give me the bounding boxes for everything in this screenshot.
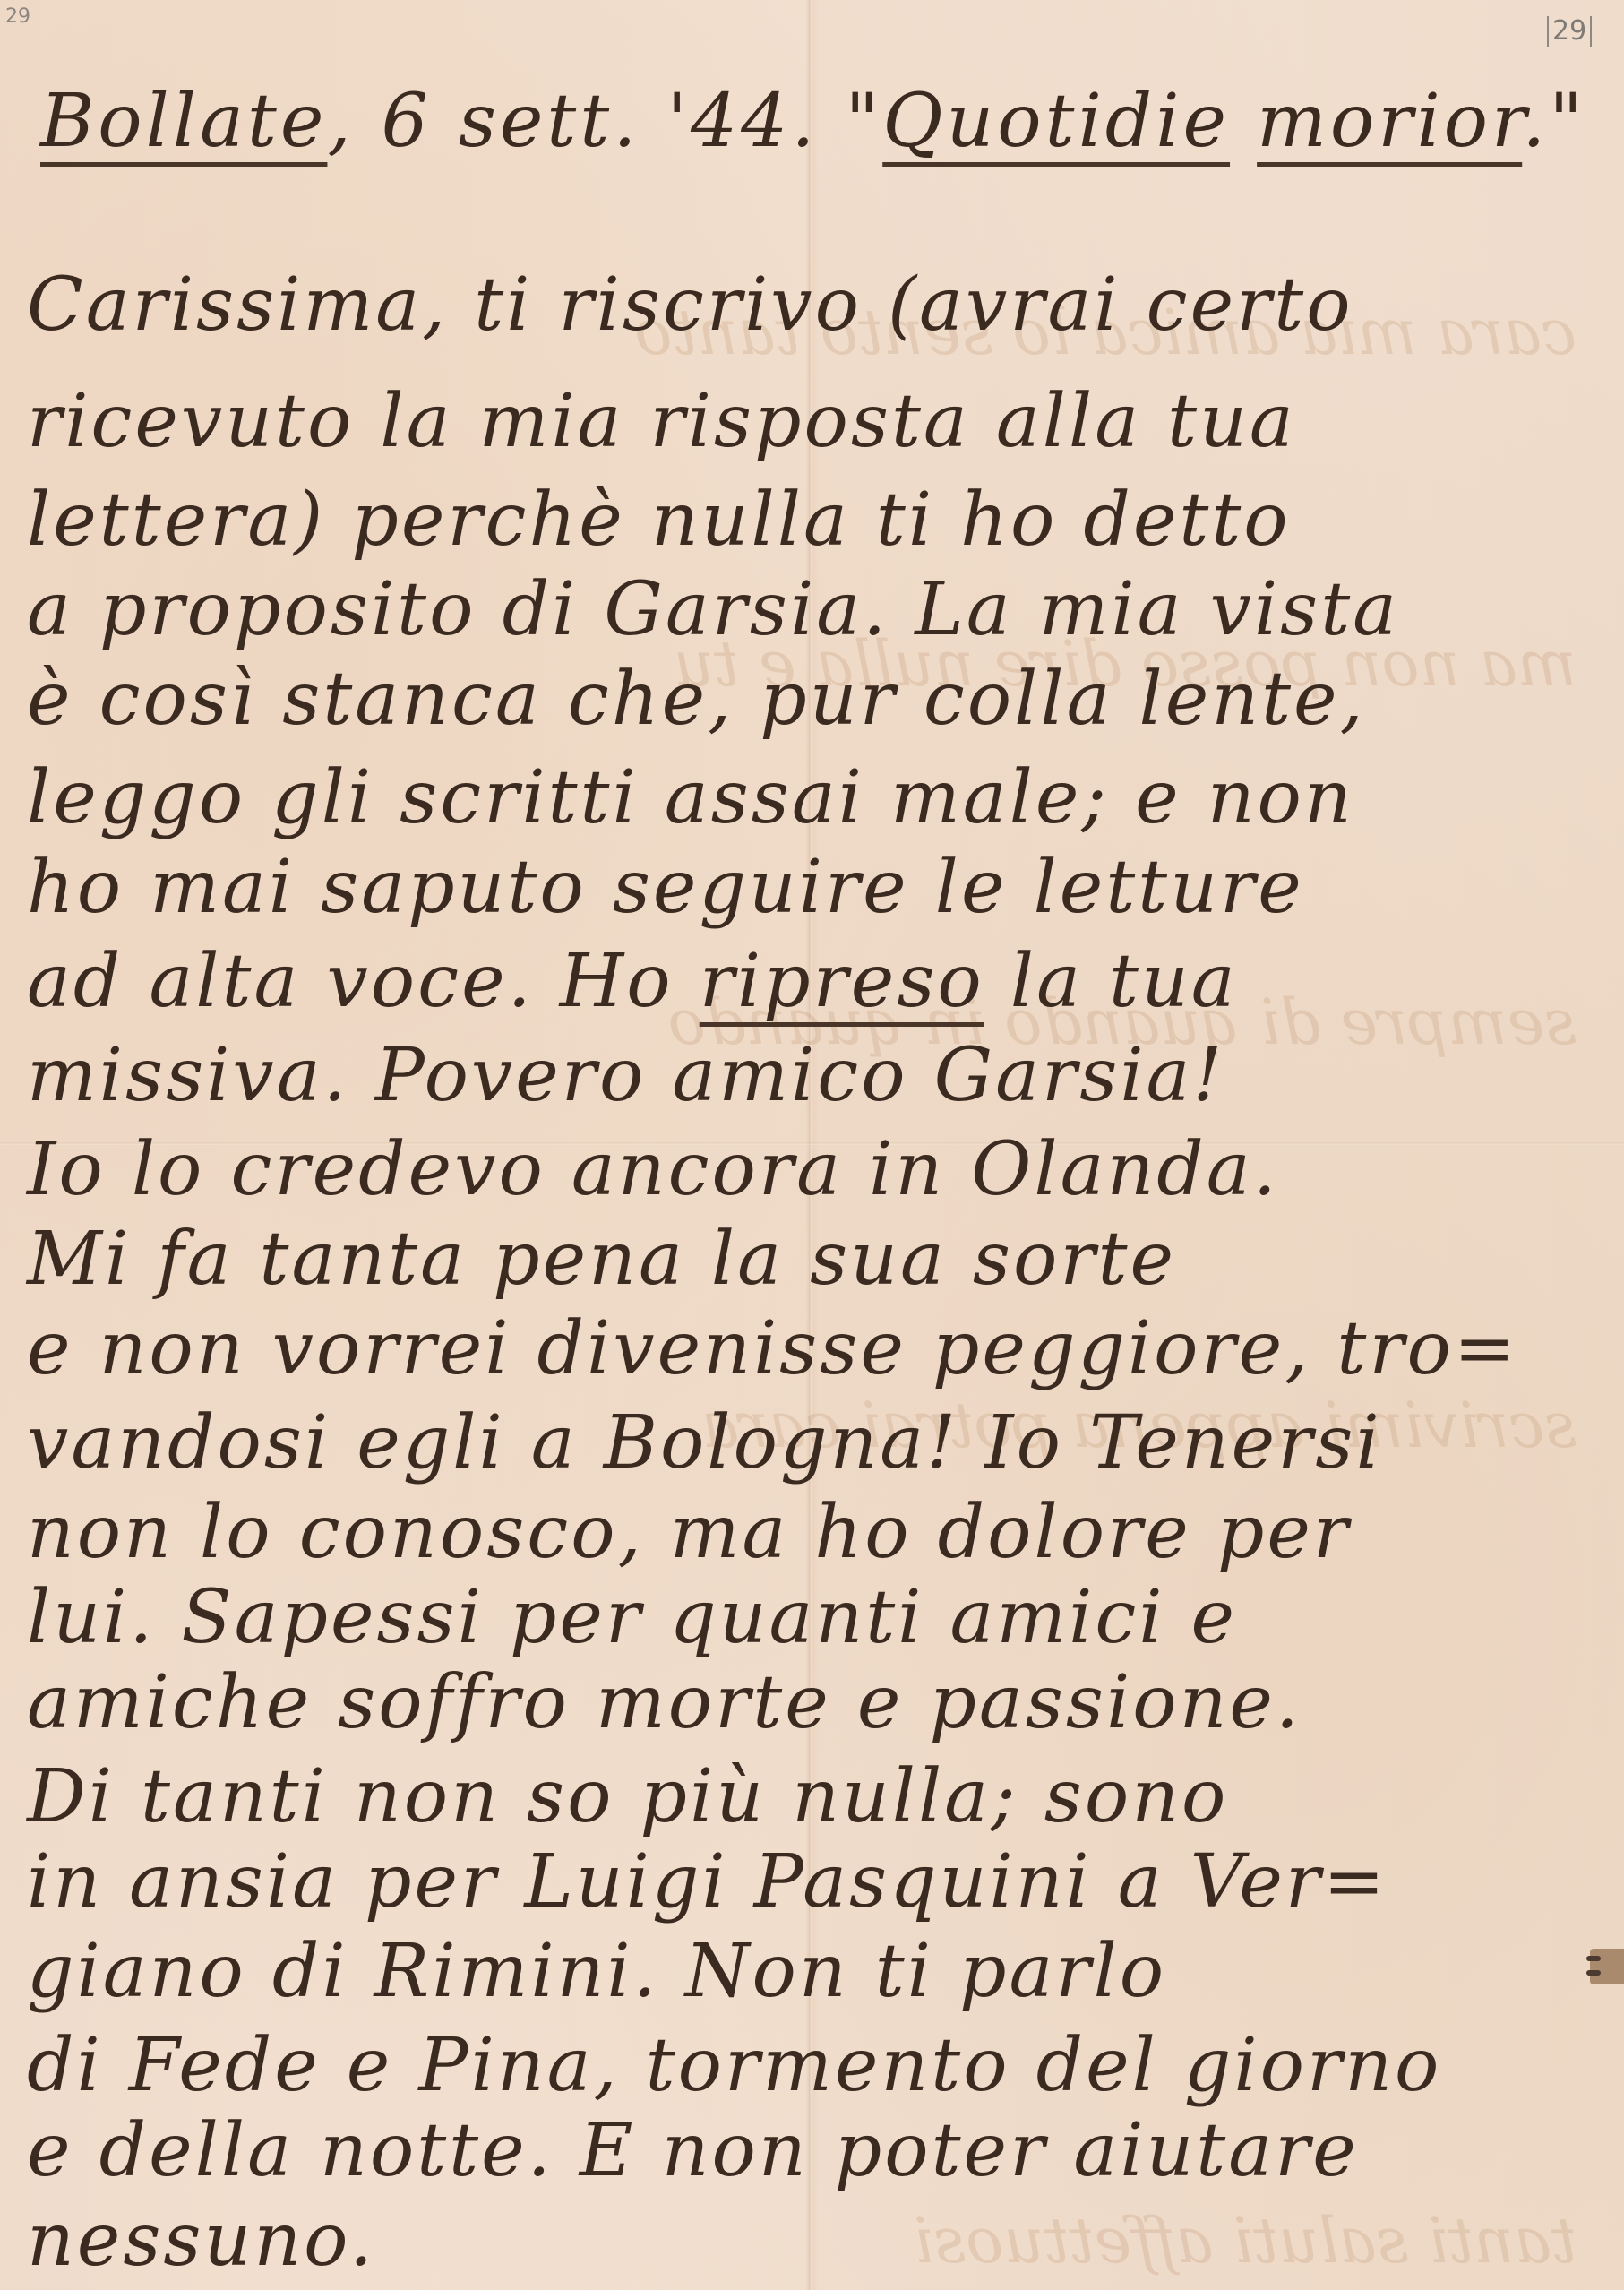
- heading-place: Bollate: [40, 79, 327, 164]
- letter-line: giano di Rimini. Non ti parlo: [27, 1935, 1603, 2009]
- letter-line: missiva. Povero amico Garsia!: [27, 1039, 1603, 1113]
- letter-line: Mi fa tanta pena la sua sorte: [27, 1223, 1603, 1296]
- letter-line: Di tanti non so più nulla; sono: [27, 1761, 1603, 1834]
- letter-line: è così stanca che, pur colla lente,: [27, 663, 1603, 736]
- letter-line: vandosi egli a Bologna! Io Tenersi: [27, 1407, 1603, 1480]
- letter-line: e della notte. E non poter aiutare: [27, 2114, 1603, 2188]
- letter-line-part: ad alta voce. Ho: [27, 939, 700, 1024]
- letter-line: ricevuto la mia risposta alla tua: [27, 385, 1603, 459]
- letter-heading: Bollate, 6 sett. '44. "Quotidie morior.": [40, 85, 1617, 159]
- paper-tab-mark: [1590, 1949, 1624, 1984]
- letter-line: amiche soffro morte e passione.: [27, 1666, 1603, 1740]
- underlined-word-ripreso: ripreso: [700, 939, 984, 1024]
- heading-quote-close: .": [1522, 79, 1586, 164]
- letter-line: Io lo credevo ancora in Olanda.: [27, 1133, 1603, 1207]
- letter-line: lui. Sapessi per quanti amici e: [27, 1581, 1603, 1655]
- letter-line: in ansia per Luigi Pasquini a Ver=: [27, 1846, 1603, 1919]
- letter-page: cara mia amica lo sento tanto ma non pos…: [0, 0, 1624, 2290]
- heading-quote-open: ": [846, 79, 883, 164]
- heading-quote-word2: morior: [1257, 79, 1522, 164]
- heading-date: , 6 sett. '44.: [327, 79, 818, 164]
- letter-line: leggo gli scritti assai male; e non: [27, 762, 1603, 835]
- heading-quote-word1: Quotidie: [882, 79, 1230, 164]
- letter-line: ho mai saputo seguire le letture: [27, 851, 1603, 925]
- archive-number-bracketed: 29: [1547, 16, 1592, 47]
- letter-line: di Fede e Pina, tormento del giorno: [27, 2029, 1603, 2103]
- letter-line: lettera) perchè nulla ti ho detto: [27, 484, 1603, 557]
- letter-line: non lo conosco, ma ho dolore per: [27, 1496, 1603, 1570]
- letter-line: ad alta voce. Ho ripreso la tua: [27, 945, 1603, 1019]
- letter-line: nessuno.: [27, 2204, 1603, 2277]
- letter-line: Carissima, ti riscrivo (avrai certo: [27, 269, 1603, 342]
- letter-line: a proposito di Garsia. La mia vista: [27, 573, 1603, 647]
- letter-line-part: la tua: [984, 939, 1238, 1024]
- archive-number-pencil: 29: [5, 5, 30, 28]
- letter-line: e non vorrei divenisse peggiore, tro=: [27, 1313, 1603, 1386]
